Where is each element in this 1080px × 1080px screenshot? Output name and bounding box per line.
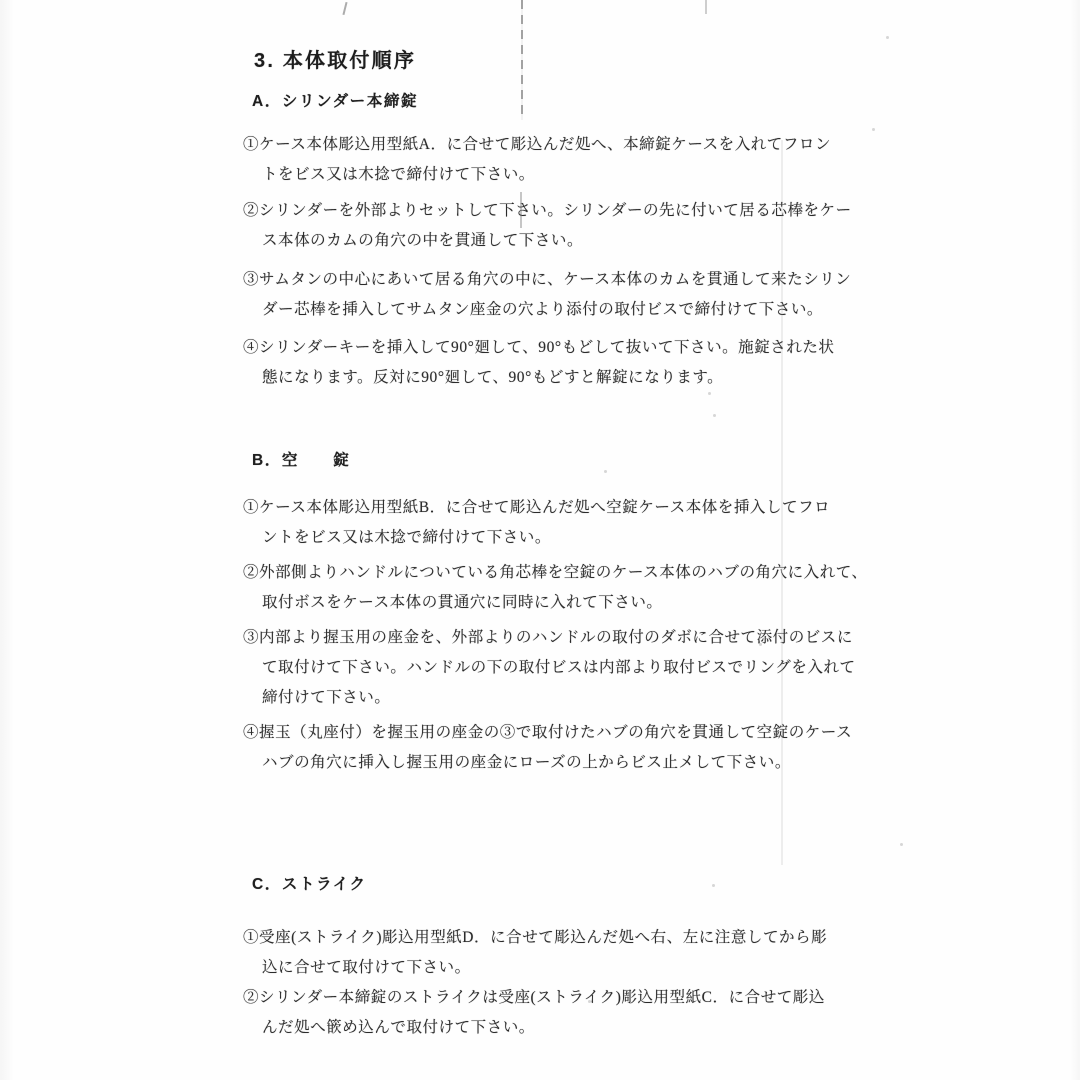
instruction-line: ②シリンダーを外部よりセットして下さい。シリンダーの先に付いて居る芯棒をケー: [243, 196, 852, 226]
instruction-line: 込に合せて取付けて下さい。: [262, 953, 827, 983]
instruction-item-a4: ④シリンダーキーを挿入して90°廻して、90°もどして抜いて下さい。施錠された状…: [243, 333, 834, 393]
instruction-item-b2: ②外部側よりハンドルについている角芯棒を空錠のケース本体のハブの角穴に入れて、 …: [243, 558, 868, 618]
section-heading-b: B．空 錠: [252, 448, 350, 470]
scan-speck: [712, 884, 715, 887]
instruction-item-b1: ①ケース本体彫込用型紙B．に合せて彫込んだ処へ空錠ケース本体を挿入してフロ ント…: [243, 493, 830, 553]
instruction-line: ハブの角穴に挿入し握玉用の座金にローズの上からビス止メして下さい。: [262, 748, 852, 778]
instruction-item-c2: ②シリンダー本締錠のストライクは受座(ストライク)彫込用型紙C．に合せて彫込 ん…: [243, 983, 825, 1043]
section-heading-a: A．シリンダー本締錠: [252, 89, 418, 111]
scan-speck: [900, 843, 903, 846]
scan-fold-line: [521, 0, 523, 120]
document-title: 3. 本体取付順序: [254, 44, 416, 73]
instruction-line: ③サムタンの中心にあいて居る角穴の中に、ケース本体のカムを貫通して来たシリン: [243, 265, 851, 295]
instruction-item-a3: ③サムタンの中心にあいて居る角穴の中に、ケース本体のカムを貫通して来たシリン ダ…: [243, 265, 851, 325]
instruction-item-a2: ②シリンダーを外部よりセットして下さい。シリンダーの先に付いて居る芯棒をケー ス…: [243, 196, 852, 256]
instruction-line: ③内部より握玉用の座金を、外部よりのハンドルの取付のダボに合せて添付のビスに: [243, 623, 856, 653]
instruction-line: 態になります。反対に90°廻して、90°もどすと解錠になります。: [262, 363, 834, 393]
instruction-line: ④握玉（丸座付）を握玉用の座金の③で取付けたハブの角穴を貫通して空錠のケース: [243, 718, 852, 748]
instruction-line: ①ケース本体彫込用型紙B．に合せて彫込んだ処へ空錠ケース本体を挿入してフロ: [243, 493, 830, 523]
instruction-line: ①受座(ストライク)彫込用型紙D．に合せて彫込んだ処へ右、左に注意してから彫: [243, 923, 827, 953]
instruction-line: ②シリンダー本締錠のストライクは受座(ストライク)彫込用型紙C．に合せて彫込: [243, 983, 825, 1013]
instruction-line: ントをビス又は木捻で締付けて下さい。: [262, 523, 830, 553]
scan-speck: [713, 414, 716, 417]
section-heading-c: C．ストライク: [252, 872, 367, 894]
instruction-line: ④シリンダーキーを挿入して90°廻して、90°もどして抜いて下さい。施錠された状: [243, 333, 834, 363]
scan-speck: [872, 128, 875, 131]
instruction-line: ①ケース本体彫込用型紙A．に合せて彫込んだ処へ、本締錠ケースを入れてフロン: [243, 130, 831, 160]
instruction-item-a1: ①ケース本体彫込用型紙A．に合せて彫込んだ処へ、本締錠ケースを入れてフロン トを…: [243, 130, 831, 190]
instruction-line: 締付けて下さい。: [262, 683, 856, 713]
scan-mark: [705, 0, 707, 14]
instruction-line: ダー芯棒を挿入してサムタン座金の穴より添付の取付ビスで締付けて下さい。: [262, 295, 851, 325]
scan-speck: [604, 470, 607, 473]
scanned-document-page: 3. 本体取付順序 A．シリンダー本締錠 ①ケース本体彫込用型紙A．に合せて彫込…: [0, 0, 1080, 1080]
instruction-item-b4: ④握玉（丸座付）を握玉用の座金の③で取付けたハブの角穴を貫通して空錠のケース ハ…: [243, 718, 852, 778]
scan-speck: [886, 36, 889, 39]
instruction-line: ス本体のカムの角穴の中を貫通して下さい。: [262, 226, 852, 256]
instruction-line: て取付けて下さい。ハンドルの下の取付ビスは内部より取付ビスでリングを入れて: [262, 653, 856, 683]
instruction-line: ②外部側よりハンドルについている角芯棒を空錠のケース本体のハブの角穴に入れて、: [243, 558, 868, 588]
instruction-item-b3: ③内部より握玉用の座金を、外部よりのハンドルの取付のダボに合せて添付のビスに て…: [243, 623, 856, 713]
instruction-line: トをビス又は木捻で締付けて下さい。: [262, 160, 831, 190]
instruction-line: 取付ボスをケース本体の貫通穴に同時に入れて下さい。: [262, 588, 868, 618]
instruction-item-c1: ①受座(ストライク)彫込用型紙D．に合せて彫込んだ処へ右、左に注意してから彫 込…: [243, 923, 827, 983]
instruction-line: んだ処へ篏め込んで取付けて下さい。: [262, 1013, 825, 1043]
scan-mark: [342, 2, 347, 15]
